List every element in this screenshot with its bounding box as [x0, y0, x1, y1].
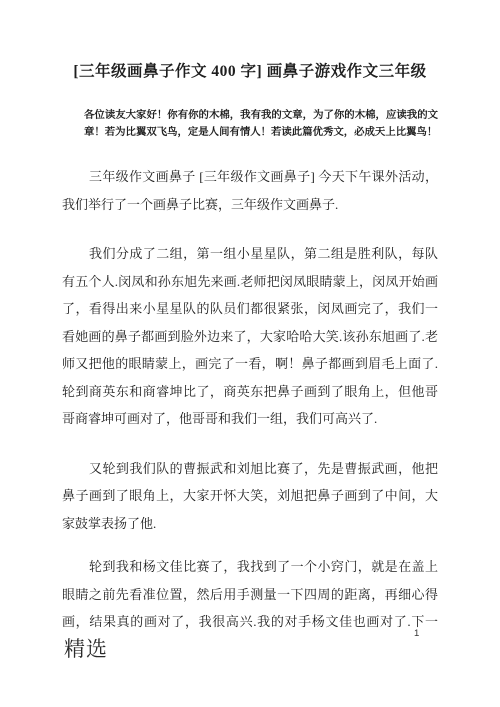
paragraph-4: 轮到我和杨文佳比赛了，我找到了一个小窍门，就是在盖上眼睛之前先看准位置，然后用手… — [62, 553, 438, 665]
reader-greeting-note: 各位读友大家好！你有你的木棉，我有我的文章，为了你的木棉，应读我的文章！若为比翼… — [84, 107, 438, 141]
document-page: [三年级画鼻子作文 400 字] 画鼻子游戏作文三年级 各位读友大家好！你有你的… — [0, 0, 500, 707]
featured-watermark: 精选 — [64, 637, 108, 661]
paragraph-1: 三年级作文画鼻子 [三年级作文画鼻子] 今天下午课外活动，我们举行了一个画鼻子比… — [62, 163, 438, 218]
page-number: 1 — [414, 628, 419, 639]
paragraph-3: 又轮到我们队的曹振武和刘旭比赛了，先是曹振武画，他把鼻子画到了眼角上，大家开怀大… — [62, 455, 438, 538]
paragraph-4-text: 轮到我和杨文佳比赛了，我找到了一个小窍门，就是在盖上眼睛之前先看准位置，然后用手… — [62, 559, 438, 629]
paragraph-2: 我们分成了二组，第一组小星星队，第二组是胜利队，每队有五个人.闵凤和孙东旭先来画… — [62, 240, 438, 433]
document-title: [三年级画鼻子作文 400 字] 画鼻子游戏作文三年级 — [40, 0, 460, 83]
